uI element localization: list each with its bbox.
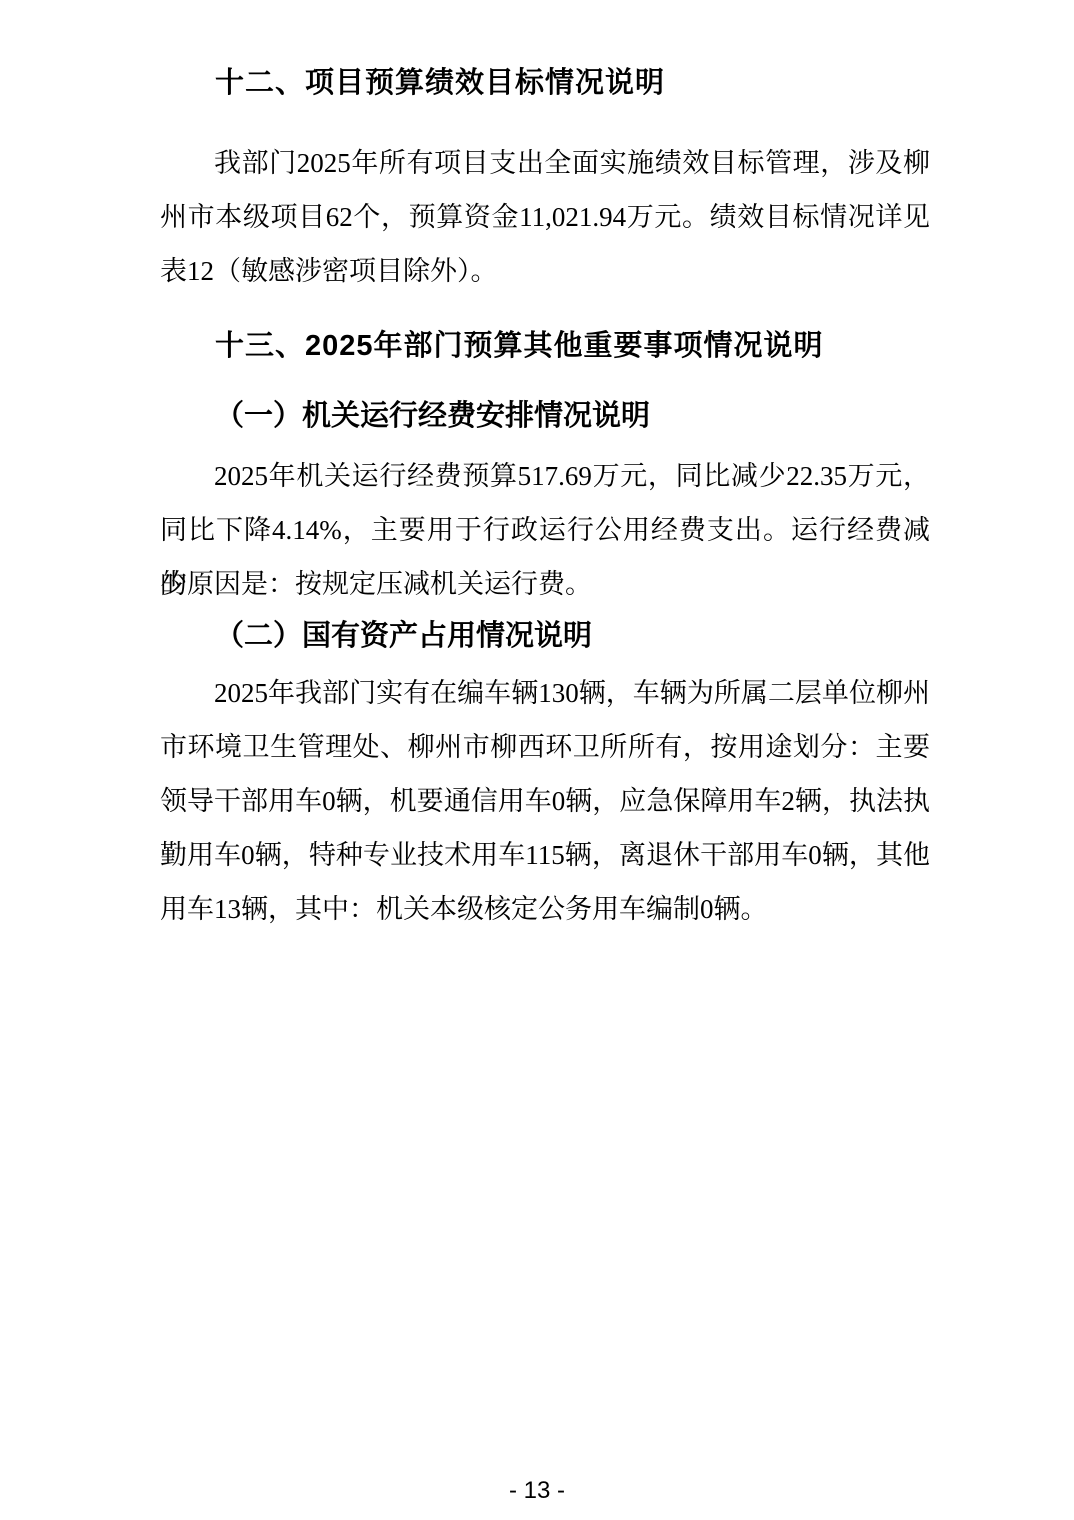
paragraph-line: 勤用车0辆，特种专业技术用车115辆，离退休干部用车0辆，其他 — [160, 828, 930, 882]
page-number: - 13 - — [0, 1476, 1074, 1506]
paragraph-line: 州市本级项目62个，预算资金11,021.94万元。绩效目标情况详见 — [160, 190, 930, 244]
paragraph-line: 我部门2025年所有项目支出全面实施绩效目标管理，涉及柳 — [160, 136, 930, 190]
paragraph-line: 2025年我部门实有在编车辆130辆，车辆为所属二层单位柳州 — [160, 666, 930, 720]
subsection-2-heading: （二）国有资产占用情况说明 — [215, 619, 955, 653]
paragraph-line: 同比下降4.14%，主要用于行政运行公用经费支出。运行经费减少 — [160, 503, 930, 557]
paragraph-line: 领导干部用车0辆，机要通信用车0辆，应急保障用车2辆，执法执 — [160, 774, 930, 828]
paragraph-line: 2025年机关运行经费预算517.69万元，同比减少22.35万元， — [160, 449, 930, 503]
section-13-heading: 十三、2025年部门预算其他重要事项情况说明 — [215, 329, 955, 363]
subsection-2-paragraph: 2025年我部门实有在编车辆130辆，车辆为所属二层单位柳州 市环境卫生管理处、… — [160, 666, 930, 936]
subsection-1-heading: （一）机关运行经费安排情况说明 — [215, 399, 955, 433]
subsection-1-paragraph: 2025年机关运行经费预算517.69万元，同比减少22.35万元， 同比下降4… — [160, 449, 930, 611]
paragraph-line: 用车13辆，其中：机关本级核定公务用车编制0辆。 — [160, 882, 930, 936]
paragraph-line: 市环境卫生管理处、柳州市柳西环卫所所有，按用途划分：主要 — [160, 720, 930, 774]
section-12-paragraph: 我部门2025年所有项目支出全面实施绩效目标管理，涉及柳 州市本级项目62个，预… — [160, 136, 930, 298]
section-12-heading: 十二、项目预算绩效目标情况说明 — [215, 66, 955, 100]
document-page: 十二、项目预算绩效目标情况说明 我部门2025年所有项目支出全面实施绩效目标管理… — [0, 0, 1074, 1520]
paragraph-line: 的原因是：按规定压减机关运行费。 — [160, 557, 930, 611]
paragraph-line: 表12（敏感涉密项目除外）。 — [160, 244, 930, 298]
